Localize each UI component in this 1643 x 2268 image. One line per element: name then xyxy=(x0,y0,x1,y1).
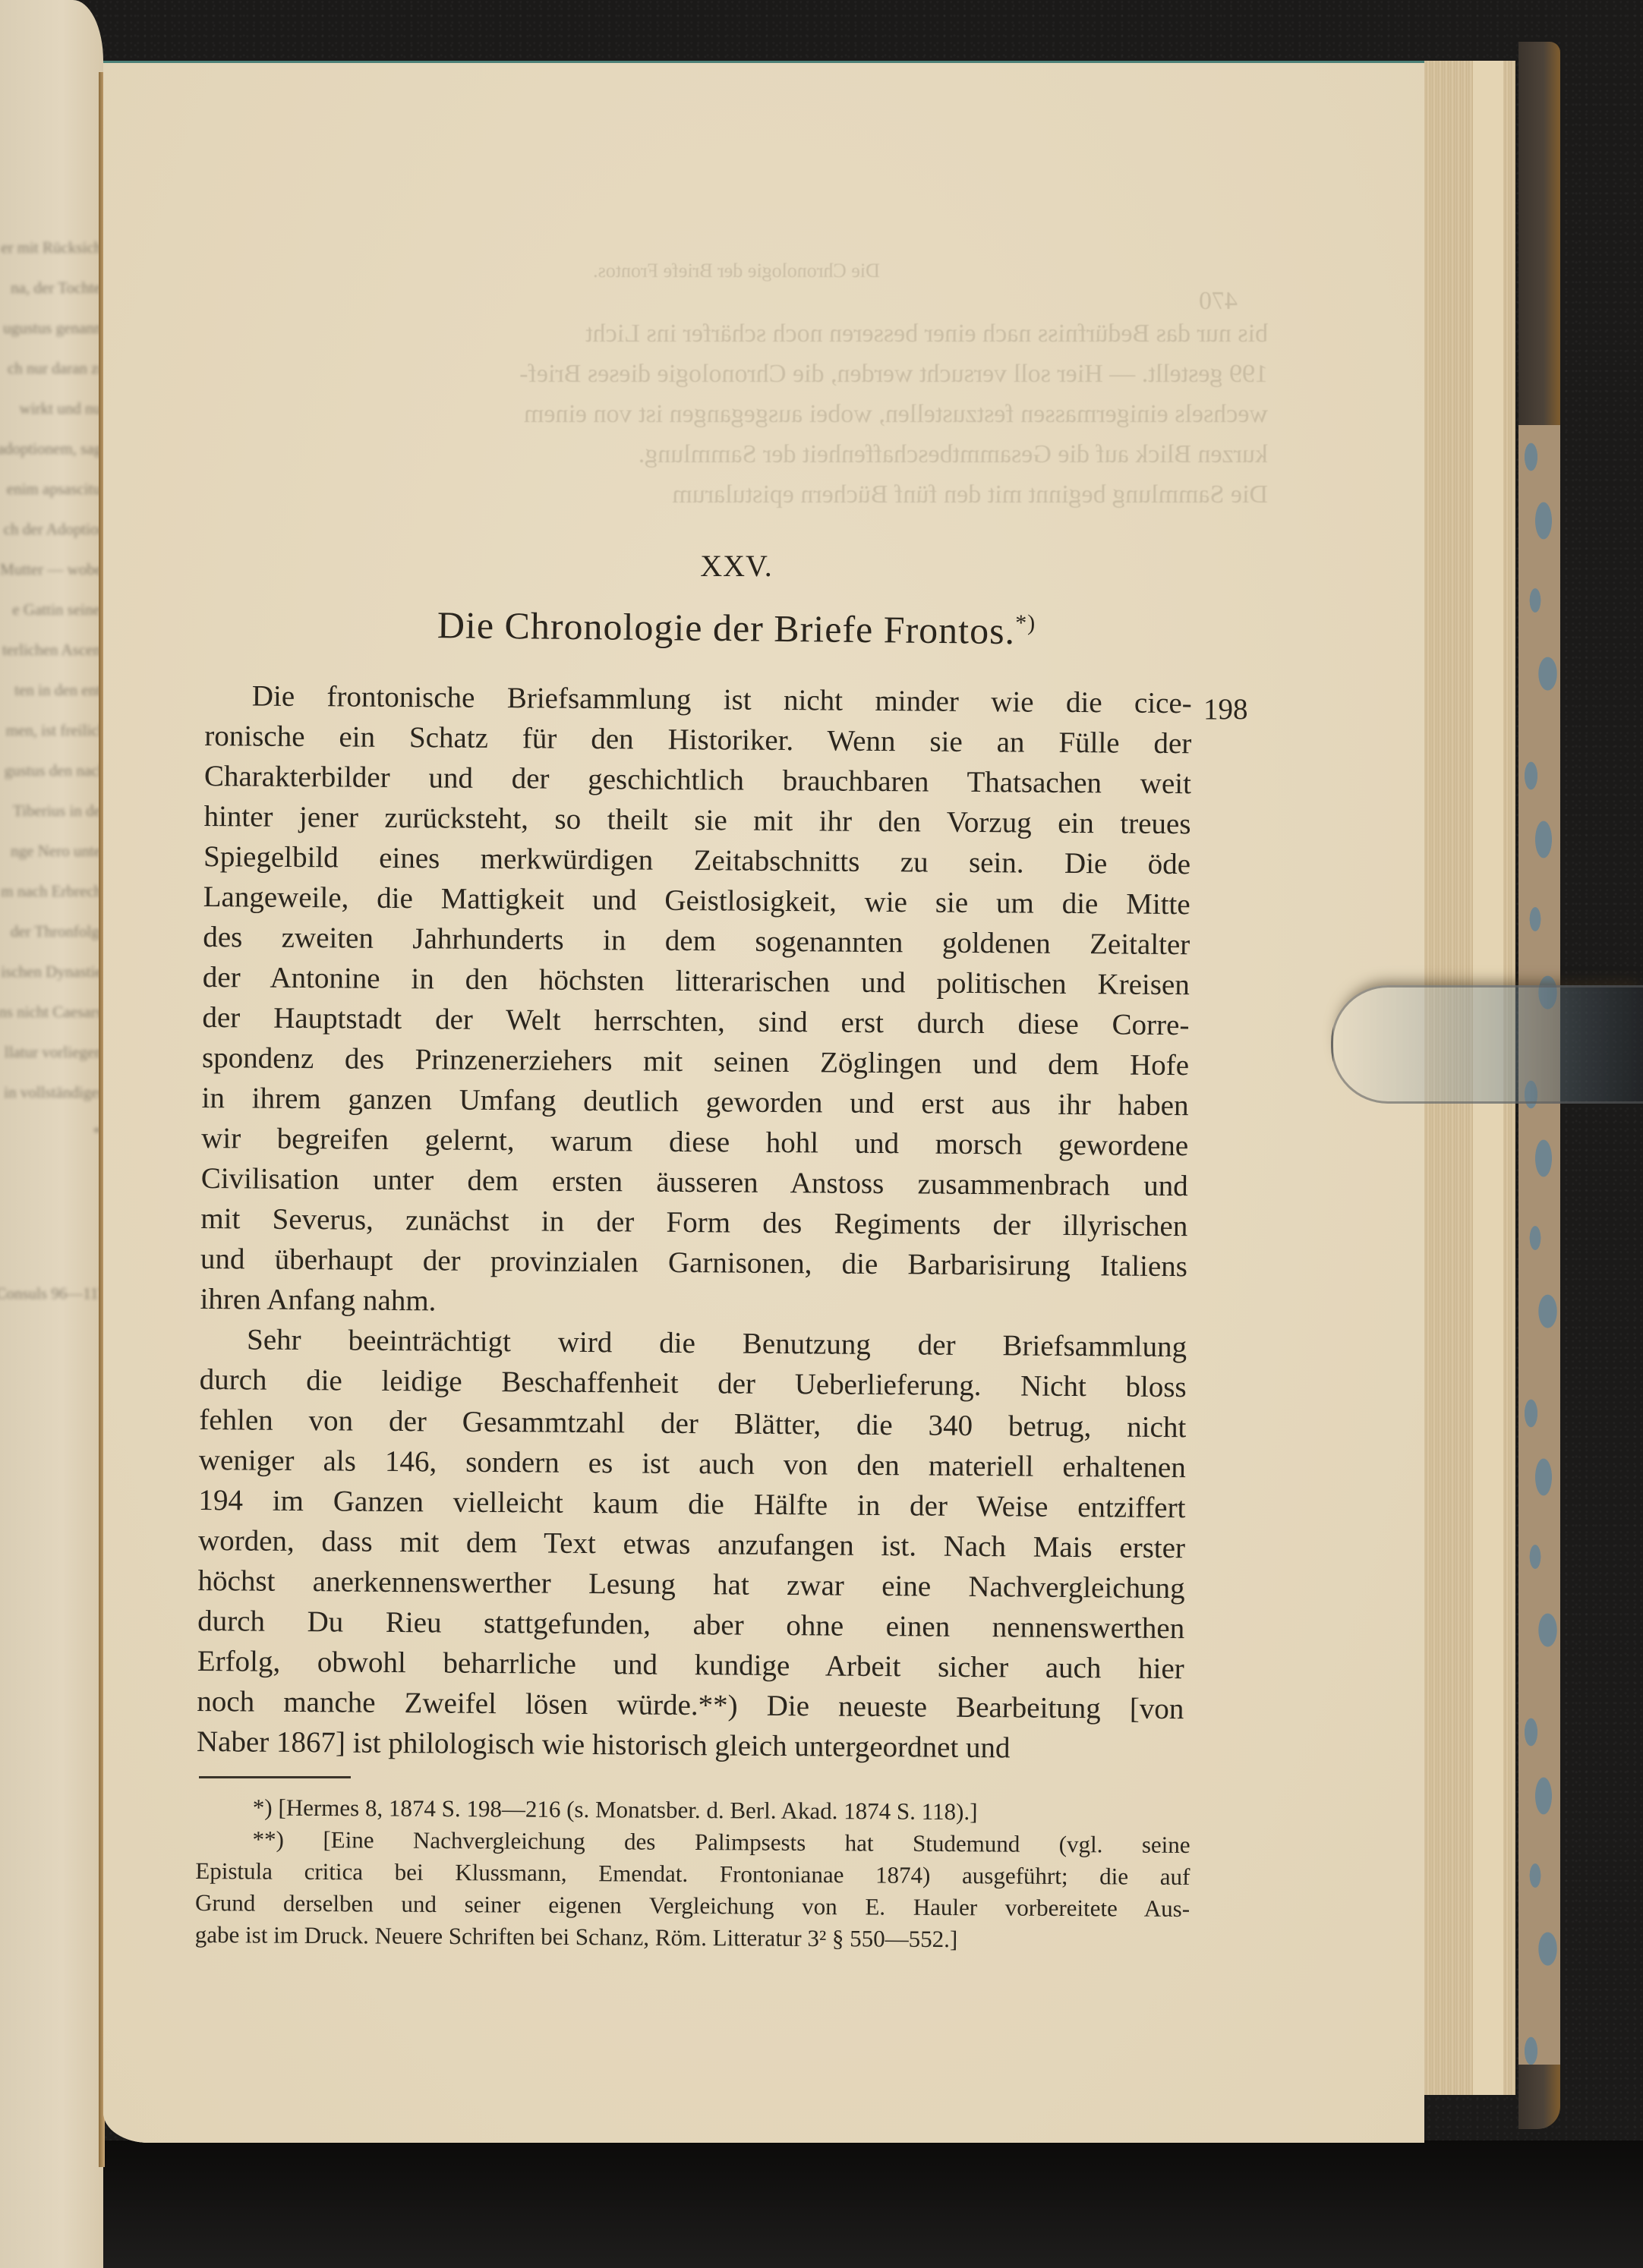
left-page-line: e Gattin seines xyxy=(0,590,103,630)
table-shadow xyxy=(0,2140,1643,2268)
left-page-line: *) xyxy=(0,1113,103,1153)
margin-page-reference: 198 xyxy=(1203,692,1248,726)
left-page-line: men, ist freilich xyxy=(0,710,103,751)
footnote-mark: *) xyxy=(253,1794,279,1820)
footnote-line: gabe ist im Druck. Neuere Schriften bei … xyxy=(195,1919,1190,1957)
left-page-line: nge Nero unter xyxy=(0,831,103,871)
left-page-line: Tiberius in der xyxy=(0,791,103,831)
show-through-line: Die Sammlung beginnt mit den fünf Bücher… xyxy=(205,474,1268,515)
show-through-line: wechsels einigermassen festzustellen, wo… xyxy=(205,394,1268,434)
left-page-line xyxy=(0,1153,103,1193)
show-through-line: bis nur das Bedürfniss nach einer besser… xyxy=(205,313,1268,354)
left-page-line xyxy=(0,1193,103,1233)
left-page-line: ten in den ent- xyxy=(0,670,103,710)
left-page-line: ch nur daran zu xyxy=(0,348,103,389)
marbled-endpaper-edge xyxy=(1518,425,1560,2065)
show-through-page-number: 470 xyxy=(1199,281,1238,321)
left-page-line: gustus den nach xyxy=(0,751,103,791)
chapter-title: Die Chronologie der Briefe Frontos.*) xyxy=(357,602,1117,654)
left-page-line xyxy=(0,1233,103,1274)
left-page-line: wirkt und nur xyxy=(0,389,103,429)
left-page-line: ch der Adoption xyxy=(0,509,103,550)
chapter-number: XXV. xyxy=(0,548,1473,584)
footnote-mark: **) xyxy=(253,1825,323,1853)
left-page-line: e Consuls 96—117 xyxy=(0,1274,103,1314)
left-page-line: terlichen Ascen- xyxy=(0,630,103,670)
left-page-line: ischen Dynastie, xyxy=(0,952,103,992)
left-page-line: der Thronfolge xyxy=(0,912,103,952)
left-page-text: er mit Rücksichtna, der Tochterugustus g… xyxy=(0,228,103,1314)
left-page-line: na, der Tochter xyxy=(0,268,103,308)
left-page-line: in vollständigen xyxy=(0,1073,103,1113)
footnotes: *) [Hermes 8, 1874 S. 198—216 (s. Monats… xyxy=(195,1791,1190,1957)
left-facing-page: er mit Rücksichtna, der Tochterugustus g… xyxy=(0,0,103,2268)
body-line: Naber 1867] ist philologisch wie histori… xyxy=(197,1721,1184,1769)
chapter-title-text: Die Chronologie der Briefe Frontos. xyxy=(437,603,1016,652)
title-footnote-mark: *) xyxy=(1015,610,1036,635)
show-through-line: 199 gestellt. — Hier soll versucht werde… xyxy=(205,354,1268,394)
body-text: Die frontonische Briefsammlung ist nicht… xyxy=(197,676,1192,1769)
left-page-line: adoptionem, sagt xyxy=(0,429,103,469)
left-page-line: enim apsascitur xyxy=(0,469,103,509)
show-through-lines: bis nur das Bedürfniss nach einer besser… xyxy=(205,313,1268,515)
left-page-line: ugustus genannt xyxy=(0,308,103,348)
show-through-line: kurzen Blick auf die Gesammtbeschaffenhe… xyxy=(205,434,1268,474)
show-through-text: Die Chronologie der Briefe Frontos. 470 … xyxy=(205,250,1268,515)
left-page-line: llatur vorliegen. xyxy=(0,1032,103,1073)
footnote-rule xyxy=(199,1776,351,1778)
page-holder-clip xyxy=(1331,985,1643,1104)
left-page-line: ns nicht Caesars, xyxy=(0,992,103,1032)
show-through-running-head: Die Chronologie der Briefe Frontos. xyxy=(205,250,1268,291)
left-page-line: er mit Rücksicht xyxy=(0,228,103,268)
left-page-line: m nach Erbrecht xyxy=(0,871,103,912)
